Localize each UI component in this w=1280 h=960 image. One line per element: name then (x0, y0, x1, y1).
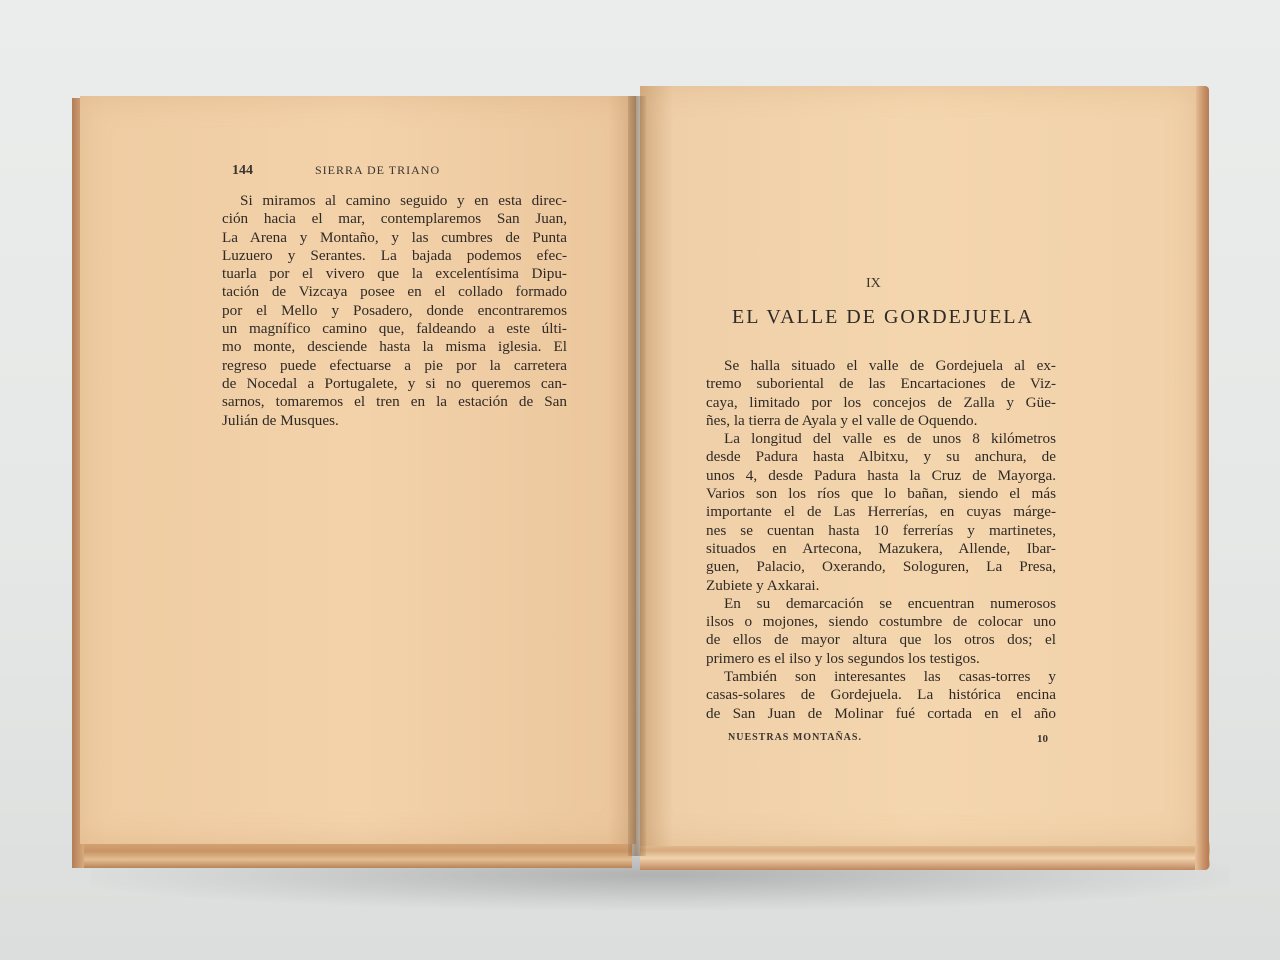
text-line: ción hacia el mar, contemplaremos San Ju… (222, 210, 567, 228)
text-line: un magnífico camino que, faldeando a est… (222, 320, 567, 338)
left-page-body: Si miramos al camino seguido y en esta d… (222, 192, 567, 430)
printer-signature: NUESTRAS MONTAÑAS. (728, 732, 862, 743)
text-line: caya, limitado por los concejos de Zalla… (706, 394, 1056, 412)
text-line: unos 4, desde Padura hasta la Cruz de Ma… (706, 467, 1056, 485)
text-line: tremo suboriental de las Encartaciones d… (706, 375, 1056, 393)
text-line: desde Padura hasta Albitxu, y su anchura… (706, 448, 1056, 466)
running-head: 144 SIERRA DE TRIANO (232, 163, 562, 179)
text-line: casas-solares de Gordejuela. La históric… (706, 686, 1056, 704)
text-line: importante el de Las Herrerías, en cuyas… (706, 503, 1056, 521)
page-number: 144 (232, 163, 253, 179)
right-page-fore-edge (1195, 86, 1209, 870)
running-head-title: SIERRA DE TRIANO (315, 163, 440, 179)
text-line: Luzuero y Serantes. La bajada podemos ef… (222, 247, 567, 265)
text-line: ñes, la tierra de Ayala y el valle de Oq… (706, 412, 1056, 430)
text-line: situados en Artecona, Mazukera, Allende,… (706, 540, 1056, 558)
text-line: nes se cuentan hasta 10 ferrerías y mart… (706, 522, 1056, 540)
text-line: ilsos o mojones, siendo costumbre de col… (706, 613, 1056, 631)
text-line: Zubiete y Axkarai. (706, 577, 1056, 595)
chapter-title: EL VALLE DE GORDEJUELA (732, 306, 1032, 329)
text-line: tación de Vizcaya posee en el collado fo… (222, 283, 567, 301)
text-line: de Nocedal a Portugalete, y si no querem… (222, 375, 567, 393)
text-line: sarnos, tomaremos el tren en la estación… (222, 393, 567, 411)
text-line: También son interesantes las casas-torre… (706, 668, 1056, 686)
right-page-body: Se halla situado el valle de Gordejuela … (706, 357, 1056, 723)
text-line: Se halla situado el valle de Gordejuela … (706, 357, 1056, 375)
left-page-block-edge (72, 840, 632, 868)
text-line: Si miramos al camino seguido y en esta d… (222, 192, 567, 210)
text-line: mo monte, desciende hasta la misma igles… (222, 338, 567, 356)
text-line: tuarla por el vivero que la excelentísim… (222, 265, 567, 283)
signature-number: 10 (1037, 733, 1048, 745)
text-line: primero es el ilso y los segundos los te… (706, 650, 1056, 668)
text-line: En su demarcación se encuentran numeroso… (706, 595, 1056, 613)
text-line: por el Mello y Posadero, donde encontrar… (222, 302, 567, 320)
text-line: de ellos de mayor altura que los otros d… (706, 631, 1056, 649)
text-line: de San Juan de Molinar fué cortada en el… (706, 705, 1056, 723)
chapter-number: IX (866, 276, 881, 292)
text-line: regreso puede efectuarse a pie por la ca… (222, 357, 567, 375)
text-line: Julián de Musques. (222, 412, 567, 430)
text-line: Varios son los ríos que lo bañan, siendo… (706, 485, 1056, 503)
text-line: La Arena y Montaño, y las cumbres de Pun… (222, 229, 567, 247)
text-line: guen, Palacio, Oxerando, Sologuren, La P… (706, 558, 1056, 576)
text-line: La longitud del valle es de unos 8 kilóm… (706, 430, 1056, 448)
book-gutter (628, 96, 646, 856)
